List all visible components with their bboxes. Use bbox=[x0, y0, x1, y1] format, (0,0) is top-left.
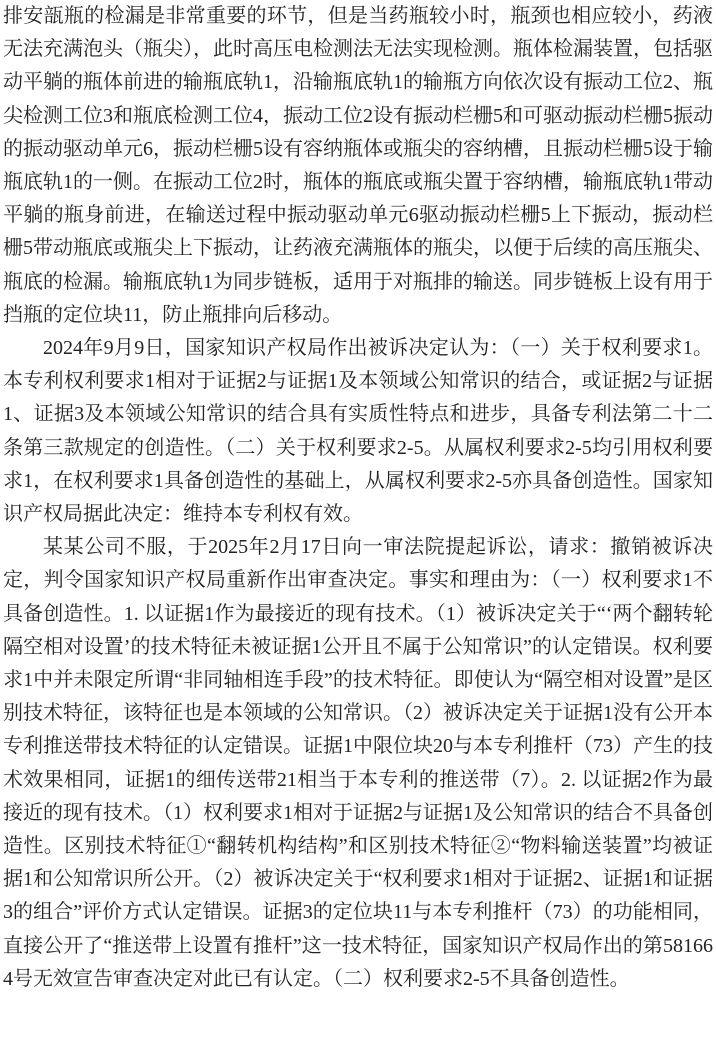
document-page: 排安瓿瓶的检漏是非常重要的环节，但是当药瓶较小时，瓶颈也相应较小，药液无法充满泡… bbox=[0, 0, 716, 1041]
paragraph-cnipa-decision: 2024年9月9日，国家知识产权局作出被诉决定认为：（一）关于权利要求1。本专利… bbox=[3, 332, 713, 531]
paragraph-patent-description: 排安瓿瓶的检漏是非常重要的环节，但是当药瓶较小时，瓶颈也相应较小，药液无法充满泡… bbox=[3, 0, 713, 332]
paragraph-lawsuit-claims: 某某公司不服，于2025年2月17日向一审法院提起诉讼，请求：撤销被诉决定，判令… bbox=[3, 531, 713, 996]
